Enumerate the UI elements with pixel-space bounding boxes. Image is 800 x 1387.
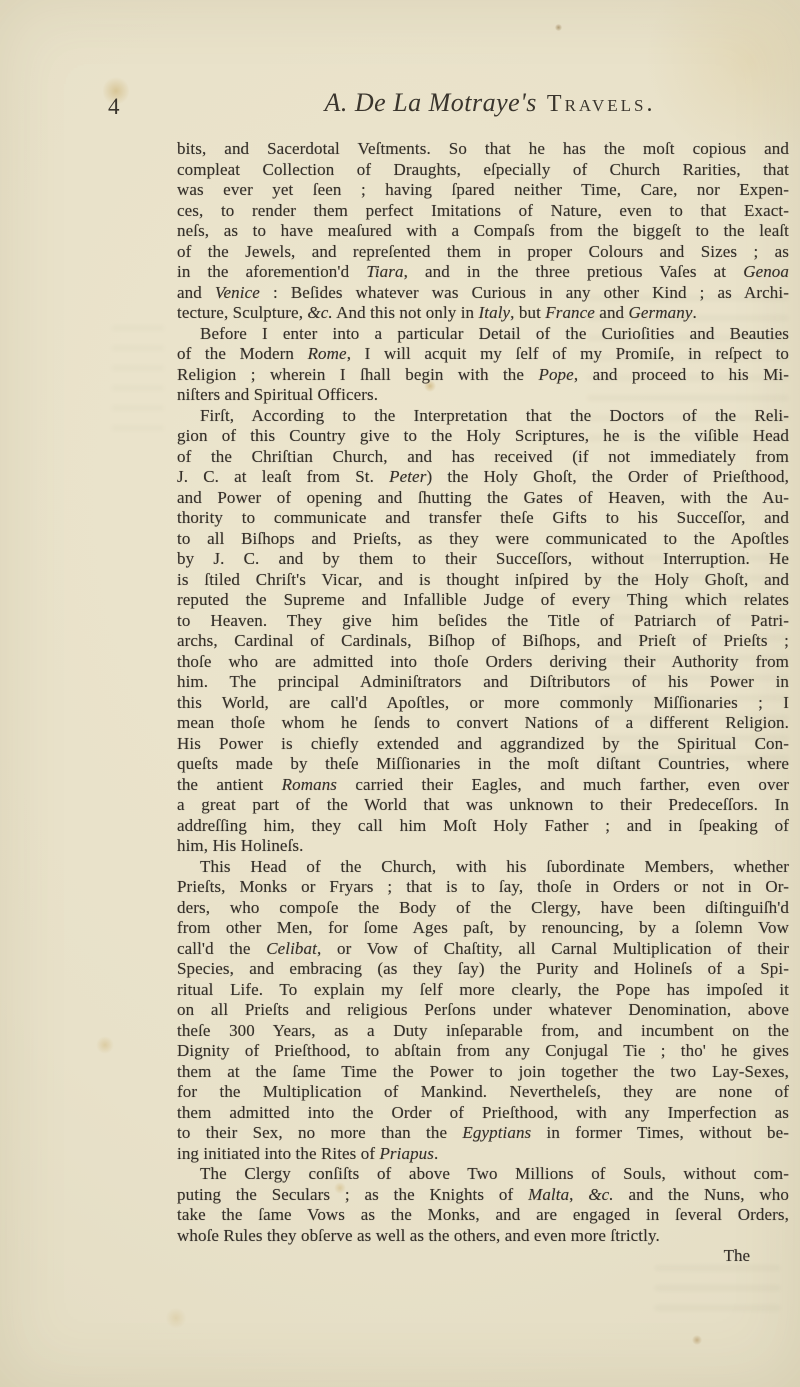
text-line: reputed the Supreme and Infallible Judge…	[177, 590, 789, 611]
paragraph: Before I enter into a particular Detail …	[177, 324, 789, 406]
text-line: for the Multiplication of Mankind. Never…	[177, 1082, 789, 1103]
ink-bleed-through	[655, 1266, 780, 1324]
body-text: bits, and Sacerdotal Veſtments. So that …	[177, 139, 789, 1246]
text-line: Before I enter into a particular Detail …	[177, 324, 789, 345]
text-line: addreſſing him, they call him Moſt Holy …	[177, 816, 789, 837]
paragraph: This Head of the Church, with his ſubord…	[177, 857, 789, 1165]
text-line: Dignity of Prieſthood, to abſtain from a…	[177, 1041, 789, 1062]
text-line: niſters and Spiritual Officers.	[177, 385, 789, 406]
text-line: call'd the Celibat, or Vow of Chaſtity, …	[177, 939, 789, 960]
text-line: was ever yet ſeen ; having ſpared neithe…	[177, 180, 789, 201]
ink-bleed-through	[112, 326, 164, 444]
text-line: ces, to render them perfect Imitations o…	[177, 201, 789, 222]
text-line: of the Modern Rome, I will acquit my ſel…	[177, 344, 789, 365]
running-title-author: A. De La Motraye's	[324, 88, 536, 117]
text-line: tecture, Sculpture, &c. And this not onl…	[177, 303, 789, 324]
text-line: ing initiated into the Rites of Priapus.	[177, 1144, 789, 1165]
text-line: them admitted into the Order of Prieſtho…	[177, 1103, 789, 1124]
text-line: of the Chriſtian Church, and has receive…	[177, 447, 789, 468]
text-line: gion of this Country give to the Holy Sc…	[177, 426, 789, 447]
paragraph: bits, and Sacerdotal Veſtments. So that …	[177, 139, 789, 324]
text-line: Species, and embracing (as they ſay) the…	[177, 959, 789, 980]
text-line: from other Men, for ſome Ages paſt, by r…	[177, 918, 789, 939]
text-line: them at the ſame Time the Power to join …	[177, 1062, 789, 1083]
text-line: queſts made by theſe Miſſionaries in the…	[177, 754, 789, 775]
foxing-spot	[96, 1036, 114, 1054]
catchword: The	[177, 1246, 750, 1266]
paper-stain	[640, 0, 800, 160]
foxing-spot	[555, 24, 562, 31]
text-line: take the ſame Vows as the Monks, and are…	[177, 1205, 789, 1226]
text-line: on all Prieſts and religious Perſons und…	[177, 1000, 789, 1021]
book-page: 4 A. De La Motraye's Travels. bits, and …	[0, 0, 800, 1387]
text-line: to all Biſhops and Prieſts, as they were…	[177, 529, 789, 550]
text-line: is ſtiled Chriſt's Vicar, and is thought…	[177, 570, 789, 591]
text-line: of the Jewels, and repreſented them in p…	[177, 242, 789, 263]
text-line: Firſt, According to the Interpretation t…	[177, 406, 789, 427]
text-line: ritual Life. To explain my ſelf more cle…	[177, 980, 789, 1001]
text-line: This Head of the Church, with his ſubord…	[177, 857, 789, 878]
text-line: The Clergy conſiſts of above Two Million…	[177, 1164, 789, 1185]
foxing-spot	[165, 1308, 187, 1328]
text-line: bits, and Sacerdotal Veſtments. So that …	[177, 139, 789, 160]
text-line: J. C. at leaſt from St. Peter) the Holy …	[177, 467, 789, 488]
text-line: him, His Holineſs.	[177, 836, 789, 857]
text-line: neſs, as to have meaſured with a Compaſs…	[177, 221, 789, 242]
text-line: compleat Collection of Draughts, eſpecia…	[177, 160, 789, 181]
paragraph: The Clergy conſiſts of above Two Million…	[177, 1164, 789, 1246]
text-line: this World, are call'd Apoſtles, or more…	[177, 693, 789, 714]
text-line: by J. C. and by them to their Succeſſors…	[177, 549, 789, 570]
text-line: to their Sex, no more than the Egyptians…	[177, 1123, 789, 1144]
text-line: theſe 300 Years, as a Duty inſeparable f…	[177, 1021, 789, 1042]
text-line: a great part of the World that was unkno…	[177, 795, 789, 816]
foxing-spot	[692, 1335, 702, 1345]
running-title: A. De La Motraye's Travels.	[177, 88, 800, 118]
text-line: Prieſts, Monks or Fryars ; that is to ſa…	[177, 877, 789, 898]
text-line: thoſe who are admitted into thoſe Orders…	[177, 652, 789, 673]
text-line: in the aforemention'd Tiara, and in the …	[177, 262, 789, 283]
page-number: 4	[108, 94, 120, 120]
text-line: puting the Seculars ; as the Knights of …	[177, 1185, 789, 1206]
running-title-book: Travels.	[547, 91, 656, 117]
text-line: the antient Romans carried their Eagles,…	[177, 775, 789, 796]
text-line: to Heaven. They give him beſides the Tit…	[177, 611, 789, 632]
text-line: and Power of opening and ſhutting the Ga…	[177, 488, 789, 509]
text-line: and Venice : Beſides whatever was Curiou…	[177, 283, 789, 304]
text-line: Religion ; wherein I ſhall begin with th…	[177, 365, 789, 386]
text-line: ders, who compoſe the Body of the Clergy…	[177, 898, 789, 919]
text-line: mean thoſe whom he ſends to convert Nati…	[177, 713, 789, 734]
text-line: whoſe Rules they obſerve as well as the …	[177, 1226, 789, 1247]
text-line: him. The principal Adminiſtrators and Di…	[177, 672, 789, 693]
text-line: thority to communicate and transfer theſ…	[177, 508, 789, 529]
text-line: His Power is chiefly extended and aggran…	[177, 734, 789, 755]
text-line: archs, Cardinal of Cardinals, Biſhop of …	[177, 631, 789, 652]
paragraph: Firſt, According to the Interpretation t…	[177, 406, 789, 857]
